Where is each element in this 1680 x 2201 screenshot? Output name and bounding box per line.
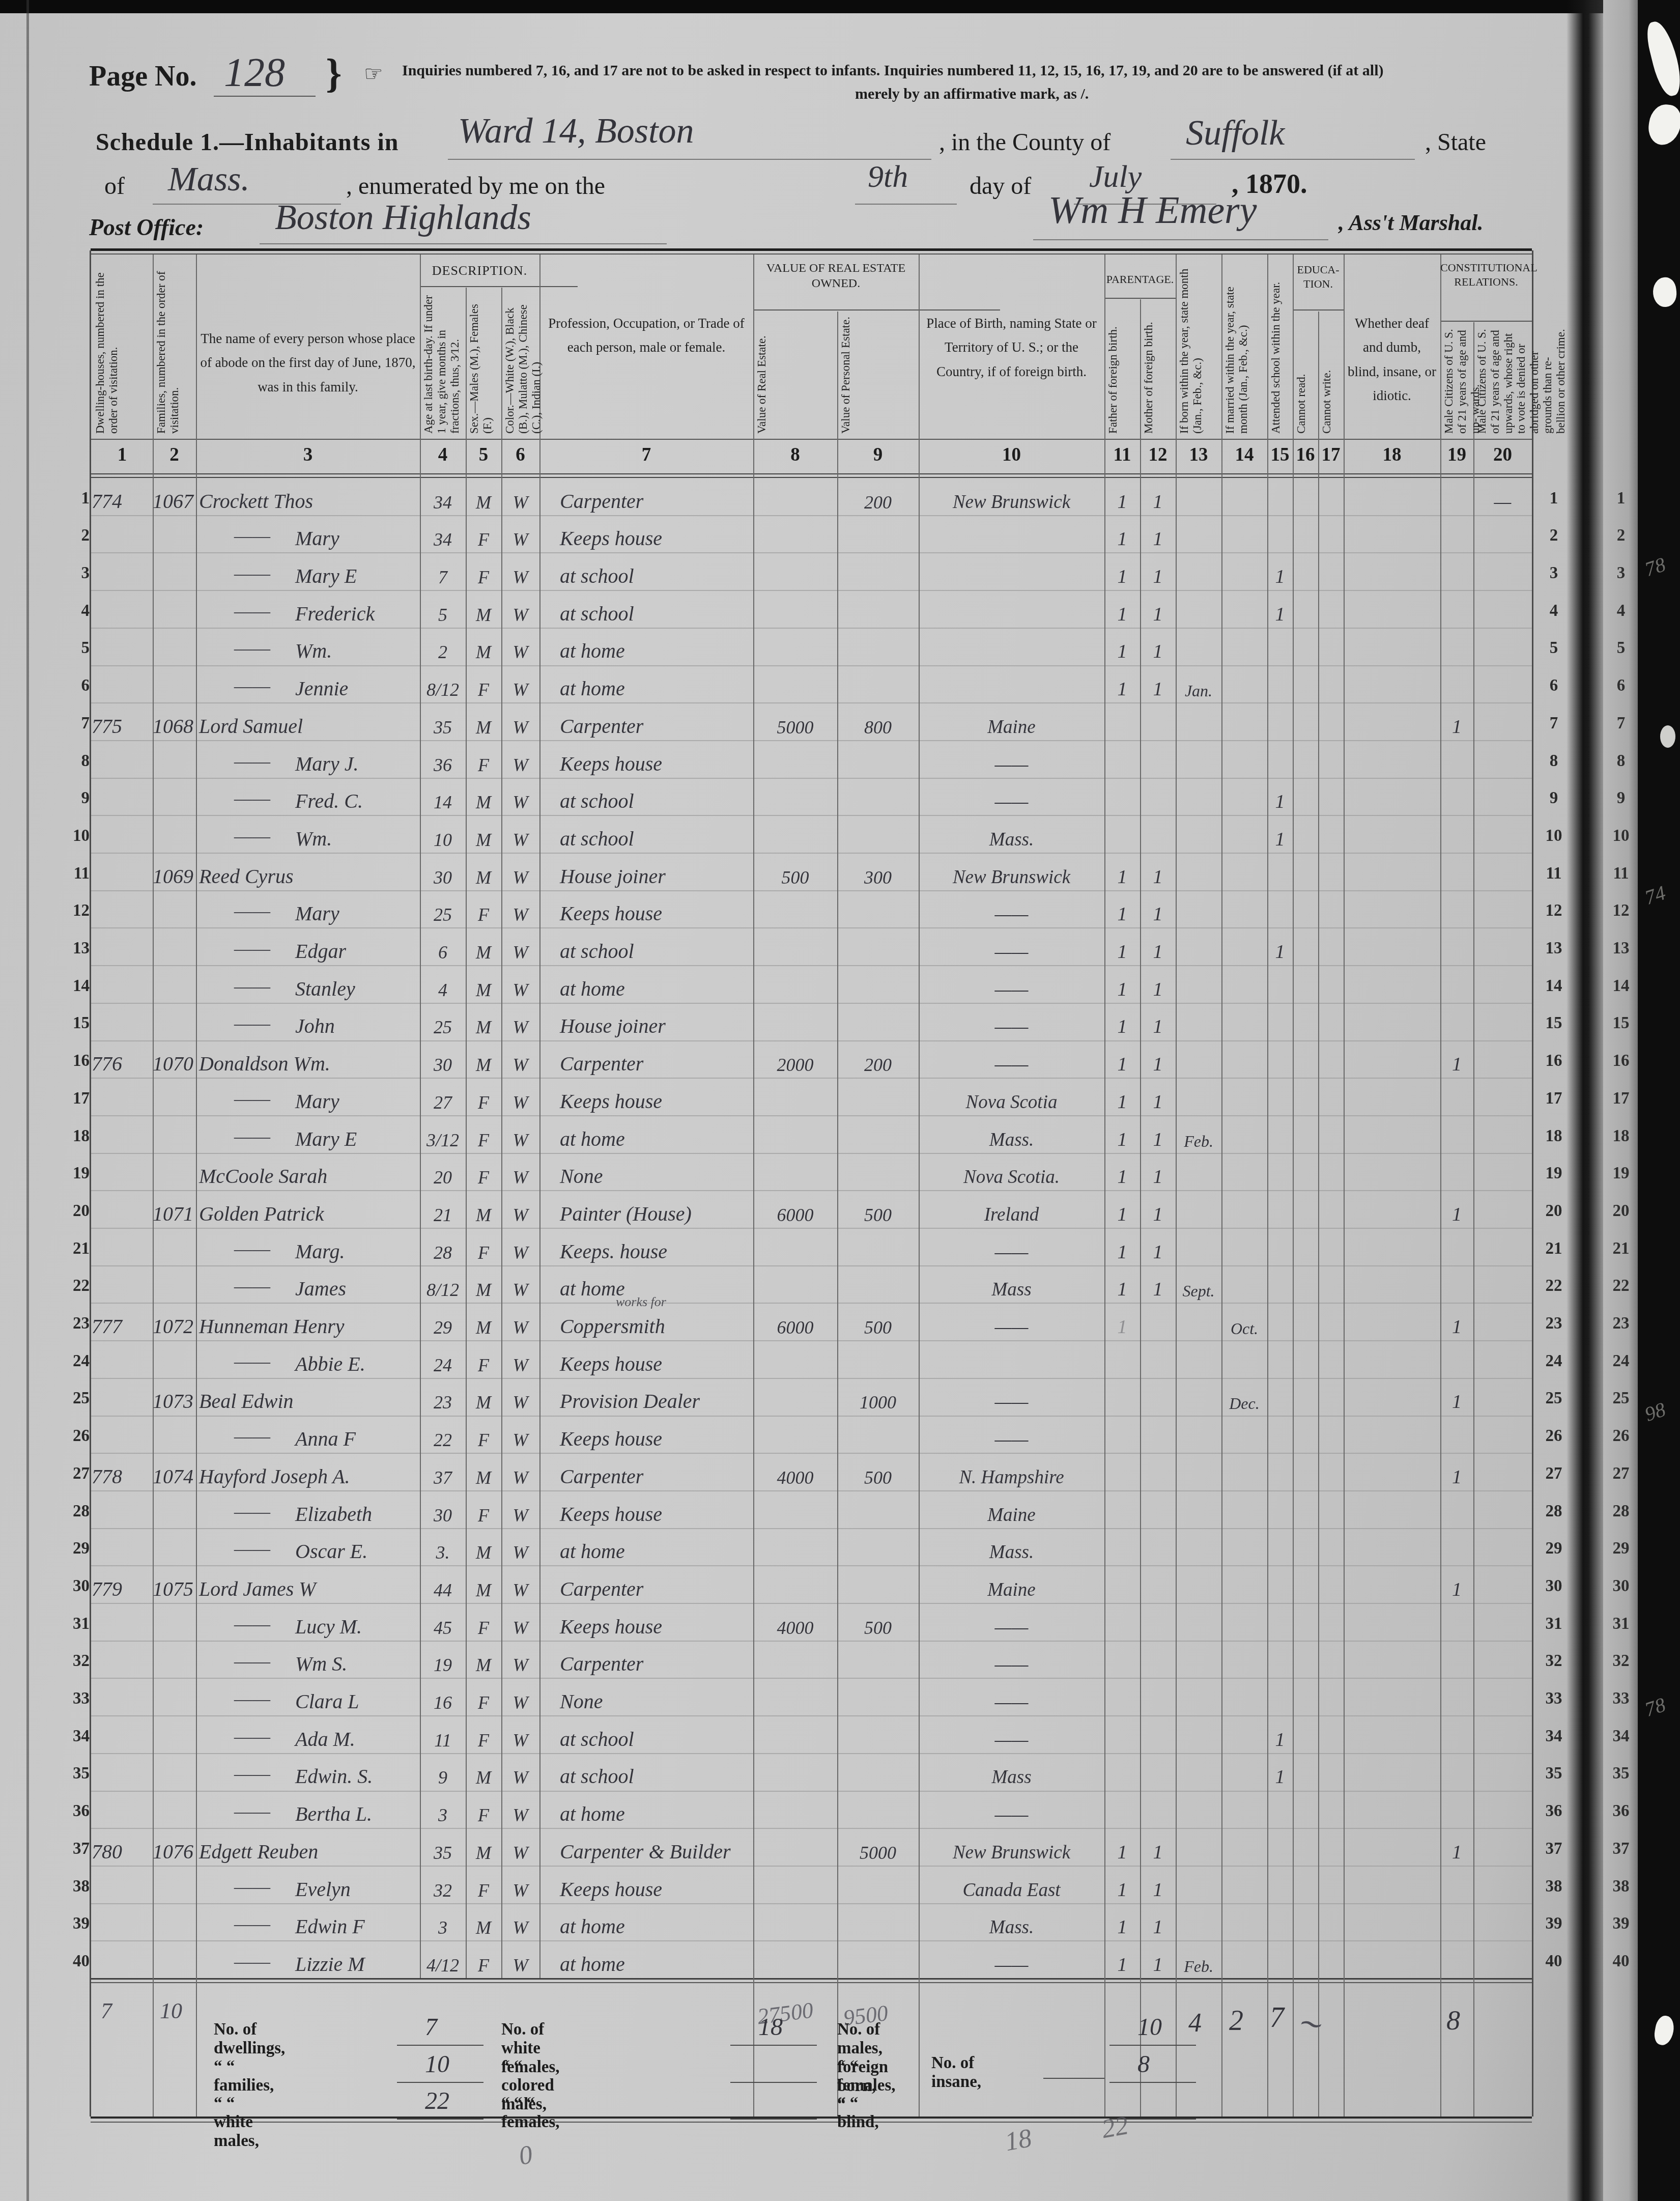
cell-c7: None	[539, 1164, 774, 1188]
cell-c15: 1	[1267, 1729, 1293, 1751]
column-title-10: Place of Birth, naming State or Territor…	[923, 312, 1100, 384]
line-number-right: 2	[1536, 526, 1572, 545]
cell-c11: 1	[1104, 1278, 1140, 1301]
post-office-label: Post Office:	[89, 214, 204, 241]
line-number-left: 15	[65, 1014, 90, 1033]
cell-c19: 1	[1440, 1203, 1473, 1226]
cell-c3: Edgett Reuben	[196, 1840, 423, 1864]
line-number-right: 25	[1536, 1389, 1572, 1408]
cell-c6: W	[501, 1242, 539, 1263]
cell-c5: M	[466, 1204, 501, 1226]
line-number-nextpage: 14	[1604, 977, 1638, 996]
occupation-note: works for	[616, 1294, 666, 1310]
table-rule	[91, 1982, 1532, 1983]
line-number-nextpage: 3	[1604, 564, 1638, 583]
cell-c5: F	[466, 1092, 501, 1113]
line-number-right: 29	[1536, 1539, 1572, 1558]
line-number-nextpage: 21	[1604, 1239, 1638, 1258]
line-number-nextpage: 10	[1604, 827, 1638, 845]
cell-c2: 1068	[153, 714, 196, 738]
cell-c11: 1	[1104, 866, 1140, 888]
cell-c6: W	[501, 679, 539, 700]
cell-c7: Keeps house	[539, 1615, 774, 1639]
table-rule	[1104, 298, 1176, 299]
column-title-13: If born within the year, state month (Ja…	[1178, 257, 1219, 434]
footer-label: “ “ families,	[214, 2057, 274, 2095]
line-number-left: 14	[65, 977, 90, 996]
cell-c7: at school	[539, 789, 774, 813]
cell-c4: 30	[420, 1505, 466, 1526]
table-row: 666——Jennie8/12FWat home11Jan.	[0, 665, 1680, 703]
footer-value-underline	[1109, 2045, 1196, 2046]
table-rule	[91, 2122, 1532, 2123]
day-underline	[855, 204, 957, 205]
line-number-right: 22	[1536, 1277, 1572, 1295]
line-number-right: 9	[1536, 789, 1572, 808]
table-row: 313131——Lucy M.45FWKeeps house4000500——	[0, 1603, 1680, 1641]
footer-label: “ “ white males,	[214, 2094, 259, 2151]
line-number-left: 34	[65, 1727, 90, 1746]
cell-c10: New Brunswick	[919, 1842, 1104, 1864]
cell-c5: F	[466, 1617, 501, 1639]
cell-c10: ——	[919, 1054, 1104, 1076]
tally-married-month: 2	[1229, 2005, 1243, 2037]
column-number-19: 19	[1440, 444, 1473, 466]
line-number-nextpage: 9	[1604, 789, 1638, 808]
footer-value: 10	[1137, 2013, 1162, 2041]
column-rule-footer	[919, 1978, 920, 2117]
column-rule-footer	[753, 1978, 754, 2117]
table-row: 131313——Edgar6MWat school——111	[0, 927, 1680, 965]
column-number-20: 20	[1473, 444, 1532, 466]
footer-value-underline	[397, 2082, 483, 2083]
column-rule-footer	[1344, 1978, 1345, 2117]
line-number-left: 18	[65, 1127, 90, 1146]
cell-c19: 1	[1440, 716, 1473, 738]
column-title-4: Age at last birth-day. If under 1 year, …	[422, 293, 464, 434]
table-row: 151515——John25MWHouse joiner——11	[0, 1003, 1680, 1040]
cell-c7: at school	[539, 827, 774, 851]
column-rule-footer	[196, 1978, 197, 2117]
cell-c10: ——	[919, 1241, 1104, 1263]
cell-c5: M	[466, 1579, 501, 1601]
instructions-line2: merely by an affirmative mark, as /.	[855, 86, 1089, 103]
day-value: 9th	[868, 159, 908, 195]
table-rule	[91, 248, 1532, 251]
cell-c11: 1	[1104, 678, 1140, 700]
column-rule-footer	[1176, 1978, 1177, 2117]
cell-c5: F	[466, 529, 501, 550]
line-number-left: 32	[65, 1652, 90, 1671]
cell-c12: 1	[1140, 1841, 1176, 1864]
table-rule	[420, 286, 578, 287]
cell-c5: M	[466, 1654, 501, 1676]
cell-c12: 1	[1140, 941, 1176, 963]
cell-c4: 4	[420, 979, 466, 1001]
of-label: of	[104, 172, 125, 200]
cell-c10: ——	[919, 1429, 1104, 1451]
cell-c3: Golden Patrick	[196, 1202, 423, 1226]
line-number-left: 25	[65, 1389, 90, 1408]
cell-c4: 25	[420, 904, 466, 925]
line-number-nextpage: 17	[1604, 1089, 1638, 1108]
line-number-left: 40	[65, 1952, 90, 1971]
cell-c12: 1	[1140, 1879, 1176, 1901]
cell-c5: M	[466, 717, 501, 738]
column-number-2: 2	[153, 444, 196, 466]
cell-c5: M	[466, 604, 501, 626]
cell-c11: 1	[1104, 528, 1140, 550]
cell-c11: 1	[1104, 1916, 1140, 1938]
cell-c12: 1	[1140, 528, 1176, 550]
table-row: 363636——Bertha L.3FWat home——	[0, 1791, 1680, 1828]
cell-c6: W	[501, 1317, 539, 1338]
column-number-5: 5	[466, 444, 501, 466]
cell-c1: 778	[92, 1464, 153, 1488]
line-number-right: 3	[1536, 564, 1572, 583]
cell-c6: W	[501, 1467, 539, 1488]
table-row: 343434——Ada M.11FWat school——1	[0, 1715, 1680, 1753]
cell-c14: Oct.	[1221, 1319, 1267, 1338]
cell-c9: 1000	[837, 1392, 919, 1413]
cell-c10: ——	[919, 1617, 1104, 1639]
cell-c3: Donaldson Wm.	[196, 1052, 423, 1076]
cell-c9: 200	[837, 492, 919, 513]
table-rule	[91, 439, 1532, 440]
cell-c5: M	[466, 1767, 501, 1788]
cell-c6: W	[501, 1130, 539, 1151]
cell-c10: N. Hampshire	[919, 1466, 1104, 1488]
cell-c5: F	[466, 1167, 501, 1188]
line-number-nextpage: 16	[1604, 1052, 1638, 1070]
table-row: 353535——Edwin. S.9MWat schoolMass1	[0, 1753, 1680, 1791]
cell-c6: W	[501, 567, 539, 588]
cell-c10: ——	[919, 941, 1104, 963]
column-number-12: 12	[1140, 444, 1176, 466]
column-number-10: 10	[919, 444, 1104, 466]
tally-squiggle: ∼	[1293, 2003, 1325, 2043]
table-row: 212121——Marg.28FWKeeps. house——11	[0, 1228, 1680, 1265]
cell-c4: 22	[420, 1429, 466, 1451]
line-number-right: 14	[1536, 977, 1572, 996]
cell-c7: at school	[539, 1727, 774, 1751]
line-number-nextpage: 37	[1604, 1840, 1638, 1858]
cell-c5: F	[466, 679, 501, 700]
line-number-right: 4	[1536, 602, 1572, 620]
cell-c9: 300	[837, 867, 919, 888]
cell-c7: Carpenter	[539, 714, 774, 738]
cell-c7: at home	[539, 1127, 774, 1151]
table-row: 2525251073Beal Edwin23MWProvision Dealer…	[0, 1378, 1680, 1416]
cell-c7: at school	[539, 939, 774, 963]
table-row: 888——Mary J.36FWKeeps house——	[0, 740, 1680, 778]
line-number-left: 12	[65, 901, 90, 920]
cell-c12: 1	[1140, 640, 1176, 663]
column-rule-footer	[1221, 1978, 1222, 2117]
cell-c6: W	[501, 604, 539, 626]
cell-c5: F	[466, 1730, 501, 1751]
cell-c7: Keeps. house	[539, 1239, 774, 1263]
table-rule	[1293, 309, 1344, 311]
cell-c6: W	[501, 1167, 539, 1188]
cell-c1: 775	[92, 714, 153, 738]
cell-c1: 774	[92, 489, 153, 513]
cell-c2: 1076	[153, 1840, 196, 1864]
stray-ink-mark	[1660, 725, 1675, 748]
line-number-right: 33	[1536, 1689, 1572, 1708]
cell-c5: M	[466, 1317, 501, 1338]
cell-c11: 1	[1104, 1316, 1140, 1338]
line-number-left: 16	[65, 1052, 90, 1070]
cell-c6: W	[501, 1730, 539, 1751]
line-number-nextpage: 1	[1604, 489, 1638, 508]
page-no-brace: }	[326, 51, 342, 97]
line-number-left: 2	[65, 526, 90, 545]
cell-c4: 3	[420, 1917, 466, 1938]
line-number-right: 24	[1536, 1352, 1572, 1371]
group-header-parentage: PARENTAGE.	[1104, 272, 1176, 287]
footer-value-underline	[397, 2119, 483, 2120]
cell-c4: 28	[420, 1242, 466, 1263]
column-rule-footer	[1104, 1978, 1105, 2117]
cell-c5: F	[466, 1880, 501, 1901]
line-number-nextpage: 38	[1604, 1877, 1638, 1896]
cell-c12: 1	[1140, 866, 1176, 888]
column-title-2: Families, numbered in the order of visit…	[155, 260, 194, 434]
cell-c10: ——	[919, 791, 1104, 813]
cell-c7: Carpenter	[539, 1577, 774, 1601]
page-no-underline	[214, 96, 316, 97]
cell-c13: Feb.	[1176, 1132, 1221, 1151]
total-families-margin: 10	[160, 1998, 182, 2024]
footer-value: 18	[758, 2013, 783, 2041]
cell-c5: F	[466, 1804, 501, 1826]
cell-c11: 1	[1104, 1203, 1140, 1226]
cell-c6: W	[501, 1842, 539, 1864]
cell-c9: 800	[837, 717, 919, 738]
cell-c15: 1	[1267, 828, 1293, 851]
cell-c5: F	[466, 567, 501, 588]
cell-c12: 1	[1140, 1053, 1176, 1076]
cell-c7: at home	[539, 1952, 774, 1976]
cell-c11: 1	[1104, 491, 1140, 513]
cell-c5: M	[466, 1017, 501, 1038]
line-number-right: 10	[1536, 827, 1572, 845]
cell-c7: at school	[539, 1764, 774, 1788]
cell-c3: Crockett Thos	[196, 489, 423, 513]
line-number-nextpage: 30	[1604, 1577, 1638, 1596]
cell-c8: 2000	[753, 1054, 837, 1076]
cell-c7: Keeps house	[539, 1089, 774, 1113]
table-row: 181818——Mary E3/12FWat homeMass.11Feb.	[0, 1115, 1680, 1153]
line-number-left: 10	[65, 827, 90, 845]
cell-c6: W	[501, 1804, 539, 1826]
table-row: 1117741067Crockett Thos34MWCarpenter200N…	[0, 477, 1680, 515]
line-number-left: 24	[65, 1352, 90, 1371]
column-number-11: 11	[1104, 444, 1140, 466]
footer-value: 8	[1137, 2050, 1150, 2078]
cell-c10: Mass.	[919, 1541, 1104, 1563]
table-row: 141414——Stanley4MWat home——11	[0, 965, 1680, 1003]
cell-c4: 14	[420, 792, 466, 813]
cell-c19: 1	[1440, 1053, 1473, 1076]
cell-c10: Maine	[919, 1504, 1104, 1526]
table-row: 333——Mary E7FWat school111	[0, 552, 1680, 590]
cell-c10: ——	[919, 979, 1104, 1001]
line-number-left: 37	[65, 1840, 90, 1858]
cell-c4: 27	[420, 1092, 466, 1113]
table-rule	[91, 473, 1532, 474]
column-title-14: If married within the year, state month …	[1223, 257, 1265, 434]
cell-c12: 1	[1140, 1166, 1176, 1188]
cell-c4: 16	[420, 1692, 466, 1713]
line-number-left: 20	[65, 1202, 90, 1221]
cell-c5: M	[466, 829, 501, 851]
line-number-nextpage: 13	[1604, 939, 1638, 958]
line-number-nextpage: 22	[1604, 1277, 1638, 1295]
cell-c12: 1	[1140, 978, 1176, 1001]
cell-c12: 1	[1140, 903, 1176, 925]
cell-c6: W	[501, 1017, 539, 1038]
cell-c6: W	[501, 1279, 539, 1301]
cell-c11: 1	[1104, 1954, 1140, 1976]
footer-label: No. of dwellings,	[214, 2020, 285, 2058]
cell-c7: Keeps house	[539, 1877, 774, 1901]
cell-c4: 24	[420, 1355, 466, 1376]
line-number-nextpage: 26	[1604, 1427, 1638, 1446]
cell-c5: M	[466, 641, 501, 663]
footer-value-underline	[730, 2082, 817, 2083]
cell-c3: Reed Cyrus	[196, 864, 423, 888]
cell-c3: McCoole Sarah	[196, 1164, 423, 1188]
cell-c7: Carpenter	[539, 1464, 774, 1488]
cell-c1: 780	[92, 1840, 153, 1864]
line-number-left: 33	[65, 1689, 90, 1708]
enumerated-label: , enumerated by me on the	[346, 172, 605, 200]
cell-c2: 1073	[153, 1389, 196, 1413]
cell-c4: 35	[420, 1842, 466, 1864]
cell-c5: F	[466, 1429, 501, 1451]
cell-c2: 1067	[153, 489, 196, 513]
table-row: 101010——Wm.10MWat schoolMass.1	[0, 815, 1680, 853]
cell-c7: House joiner	[539, 864, 774, 888]
cell-c10: New Brunswick	[919, 866, 1104, 888]
cell-c5: M	[466, 1917, 501, 1938]
table-rule	[91, 253, 1532, 255]
cell-c5: M	[466, 1392, 501, 1413]
line-number-left: 21	[65, 1239, 90, 1258]
cell-c10: ——	[919, 1804, 1104, 1826]
cell-c10: ——	[919, 1954, 1104, 1976]
cell-c9: 500	[837, 1204, 919, 1226]
line-number-left: 27	[65, 1464, 90, 1483]
column-number-4: 4	[420, 444, 466, 466]
line-number-left: 7	[65, 714, 90, 733]
cell-c13: Jan.	[1176, 682, 1221, 700]
cell-c5: M	[466, 942, 501, 963]
line-number-left: 28	[65, 1502, 90, 1521]
group-header-description: DESCRIPTION.	[420, 263, 539, 279]
column-title-11: Father of foreign birth.	[1106, 304, 1138, 434]
census-page: Page No. 128 } ☞ Inquiries numbered 7, 1…	[0, 0, 1680, 2201]
line-number-right: 16	[1536, 1052, 1572, 1070]
cell-c4: 35	[420, 717, 466, 738]
district-underline	[448, 159, 931, 160]
line-number-right: 27	[1536, 1464, 1572, 1483]
line-number-right: 6	[1536, 676, 1572, 695]
cell-c7: Painter (House)	[539, 1202, 774, 1226]
post-office-value: Boston Highlands	[275, 197, 531, 238]
cell-c5: M	[466, 979, 501, 1001]
stray-pencil-mark: 0	[517, 2139, 535, 2171]
line-number-left: 35	[65, 1764, 90, 1783]
cell-c6: W	[501, 1355, 539, 1376]
line-number-right: 12	[1536, 901, 1572, 920]
cell-c7: Keeps house	[539, 752, 774, 776]
line-number-left: 3	[65, 564, 90, 583]
line-number-nextpage: 32	[1604, 1652, 1638, 1671]
footer-value: 7	[425, 2013, 437, 2041]
line-number-left: 13	[65, 939, 90, 958]
cell-c3: Lord James W	[196, 1577, 423, 1601]
cell-c2: 1070	[153, 1052, 196, 1076]
stray-pencil-mark: 18	[1003, 2123, 1034, 2157]
cell-c7: House joiner	[539, 1014, 774, 1038]
cell-c10: Mass.	[919, 829, 1104, 851]
line-number-left: 29	[65, 1539, 90, 1558]
cell-c7: Carpenter	[539, 1052, 774, 1076]
cell-c6: W	[501, 754, 539, 776]
cell-c12: 1	[1140, 1015, 1176, 1038]
column-title-19: Male Citizens of U. S. of 21 years of ag…	[1442, 328, 1471, 434]
cell-c7: Carpenter & Builder	[539, 1840, 774, 1864]
line-number-right: 21	[1536, 1239, 1572, 1258]
cell-c5: M	[466, 1842, 501, 1864]
cell-c5: M	[466, 867, 501, 888]
cell-c5: M	[466, 492, 501, 513]
page-no-label: Page No.	[89, 60, 197, 93]
line-number-nextpage: 31	[1604, 1615, 1638, 1633]
cell-c12: 1	[1140, 1091, 1176, 1113]
column-title-9: Value of Personal Estate.	[839, 316, 917, 434]
cell-c7: at school	[539, 602, 774, 626]
cell-c12: 1	[1140, 566, 1176, 588]
line-number-right: 31	[1536, 1615, 1572, 1633]
cell-c7: Keeps house	[539, 1502, 774, 1526]
cell-c12: 1	[1140, 678, 1176, 700]
cell-c10: Canada East	[919, 1879, 1104, 1901]
line-number-nextpage: 15	[1604, 1014, 1638, 1033]
insane-label: No. of insane,	[931, 2054, 981, 2092]
cell-c2: 1069	[153, 864, 196, 888]
cell-c8: 6000	[753, 1204, 837, 1226]
footer-label: “ “ “ females,	[501, 2094, 560, 2132]
footer-value: 10	[425, 2050, 449, 2078]
line-number-left: 31	[65, 1615, 90, 1633]
line-number-right: 37	[1536, 1840, 1572, 1858]
cell-c6: W	[501, 867, 539, 888]
line-number-left: 11	[65, 864, 90, 883]
cell-c8: 4000	[753, 1617, 837, 1639]
line-number-nextpage: 25	[1604, 1389, 1638, 1408]
stray-pencil-mark: 22	[1099, 2110, 1130, 2144]
cell-c4: 32	[420, 1880, 466, 1901]
cell-c6: W	[501, 1955, 539, 1976]
column-title-7: Profession, Occupation, or Trade of each…	[544, 312, 749, 360]
column-number-15: 15	[1267, 444, 1293, 466]
line-number-nextpage: 35	[1604, 1764, 1638, 1783]
cell-c4: 5	[420, 604, 466, 626]
